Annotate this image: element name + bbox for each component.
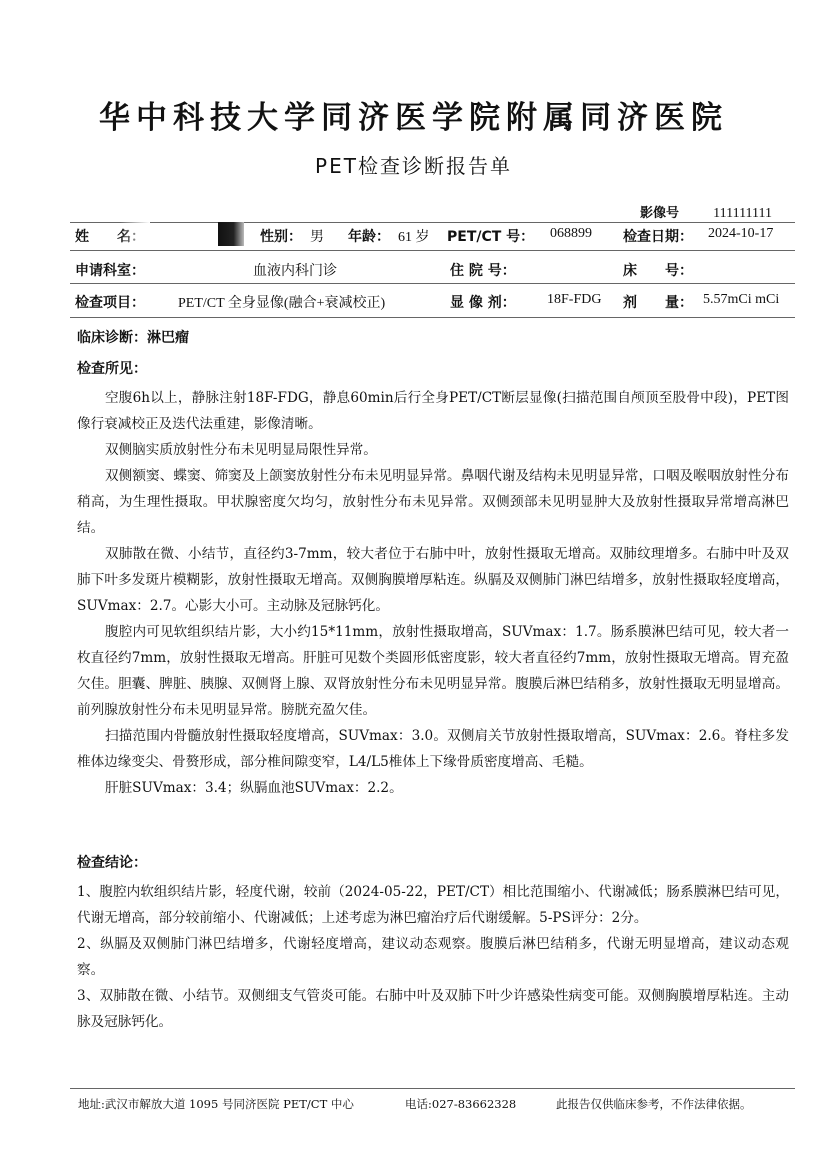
exam-date-label: 检查日期： bbox=[623, 226, 693, 246]
image-number: 影像号 111111111 bbox=[640, 202, 772, 222]
dose-label: 剂 量： bbox=[623, 292, 693, 312]
petct-no-value: 068899 bbox=[550, 226, 592, 242]
department-value: 血液内科门诊 bbox=[253, 260, 337, 280]
findings-paragraph: 双侧脑实质放射性分布未见明显局限性异常。 bbox=[77, 437, 789, 463]
bed-no-label: 床 号： bbox=[623, 260, 693, 280]
clinical-diagnosis-label: 临床诊断： bbox=[77, 330, 147, 346]
patient-row-2: 申请科室： 血液内科门诊 住 院 号： 床 号： bbox=[75, 260, 795, 282]
exam-item-label: 检查项目： bbox=[75, 292, 145, 312]
findings-paragraph: 腹腔内可见软组织结片影，大小约15*11mm，放射性摄取增高，SUVmax：1.… bbox=[77, 619, 789, 723]
exam-item-value: PET/CT 全身显像(融合+衰减校正) bbox=[178, 292, 385, 312]
conclusion-body: 1、腹腔内软组织结片影，轻度代谢，较前（2024-05-22，PET/CT）相比… bbox=[77, 879, 789, 1035]
findings-body: 空腹6h以上，静脉注射18F-FDG，静息60min后行全身PET/CT断层显像… bbox=[77, 385, 789, 801]
findings-paragraph: 双侧额窦、蝶窦、筛窦及上颌窦放射性分布未见明显异常。鼻咽代谢及结构未见明显异常，… bbox=[77, 463, 789, 541]
age-value: 61 岁 bbox=[398, 226, 430, 246]
conclusion-item: 1、腹腔内软组织结片影，轻度代谢，较前（2024-05-22，PET/CT）相比… bbox=[77, 879, 789, 931]
clinical-diagnosis: 临床诊断：淋巴瘤 bbox=[77, 327, 189, 347]
image-number-label: 影像号 bbox=[640, 206, 679, 221]
petct-no-label: PET/CT 号： bbox=[447, 226, 534, 246]
findings-paragraph: 扫描范围内骨髓放射性摄取轻度增高，SUVmax：3.0。双侧肩关节放射性摄取增高… bbox=[77, 723, 789, 775]
divider bbox=[70, 283, 795, 284]
dose-value: 5.57mCi mCi bbox=[703, 292, 779, 308]
hospital-name: 华中科技大学同济医学院附属同济医院 bbox=[0, 92, 827, 137]
findings-paragraph: 双肺散在微、小结节，直径约3-7mm，较大者位于右肺中叶，放射性摄取无增高。双肺… bbox=[77, 541, 789, 619]
footer-phone: 电话:027-83662328 bbox=[405, 1096, 516, 1112]
clinical-diagnosis-value: 淋巴瘤 bbox=[147, 330, 189, 346]
conclusion-item: 3、双肺散在微、小结节。双侧细支气管炎可能。右肺中叶及双肺下叶少许感染性病变可能… bbox=[77, 983, 789, 1035]
tracer-label: 显 像 剂： bbox=[450, 292, 516, 312]
age-label: 年龄： bbox=[348, 226, 390, 246]
conclusion-heading: 检查结论： bbox=[77, 852, 147, 872]
patient-row-1: 姓 名： 性别： 男 年龄： 61 岁 PET/CT 号： 068899 检查日… bbox=[75, 226, 795, 248]
findings-paragraph: 肝脏SUVmax：3.4；纵膈血池SUVmax：2.2。 bbox=[77, 775, 789, 801]
findings-paragraph: 空腹6h以上，静脉注射18F-FDG，静息60min后行全身PET/CT断层显像… bbox=[77, 385, 789, 437]
footer-disclaimer: 此报告仅供临床参考，不作法律依据。 bbox=[556, 1096, 752, 1112]
exam-date-value: 2024-10-17 bbox=[708, 226, 773, 242]
tracer-value: 18F-FDG bbox=[547, 292, 601, 308]
conclusion-item: 2、纵膈及双侧肺门淋巴结增多，代谢轻度增高，建议动态观察。腹膜后淋巴结稍多，代谢… bbox=[77, 931, 789, 983]
divider bbox=[70, 222, 795, 223]
department-label: 申请科室： bbox=[75, 260, 145, 280]
divider bbox=[70, 250, 795, 251]
image-number-value: 111111111 bbox=[713, 206, 772, 221]
sex-label: 性别： bbox=[260, 226, 302, 246]
report-title: PET检查诊断报告单 bbox=[0, 150, 827, 179]
findings-heading: 检查所见： bbox=[77, 358, 147, 378]
redaction-fade bbox=[120, 222, 150, 246]
divider bbox=[70, 317, 795, 318]
footer-address: 地址:武汉市解放大道 1095 号同济医院 PET/CT 中心 bbox=[78, 1096, 354, 1112]
redaction-block bbox=[218, 222, 244, 246]
inpatient-no-label: 住 院 号： bbox=[450, 260, 516, 280]
footer-divider bbox=[70, 1088, 795, 1089]
patient-row-3: 检查项目： PET/CT 全身显像(融合+衰减校正) 显 像 剂： 18F-FD… bbox=[75, 292, 795, 314]
sex-value: 男 bbox=[310, 226, 324, 246]
